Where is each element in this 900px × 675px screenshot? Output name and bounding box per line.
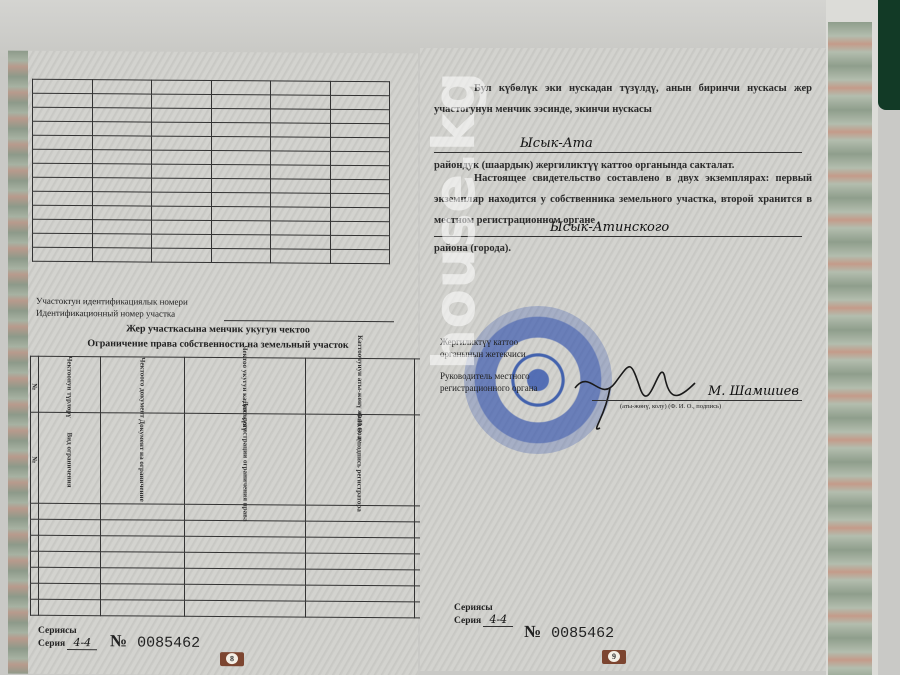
grid-cell	[330, 235, 390, 249]
table-cell	[31, 599, 39, 615]
table-cell	[184, 520, 306, 537]
table-cell	[39, 583, 101, 599]
signer-name: М. Шамшиев	[708, 384, 799, 399]
signatory-label-ru: Руководитель местного регистрационного о…	[440, 370, 570, 394]
watermark: house.kg	[420, 72, 488, 370]
table-cell	[31, 519, 39, 535]
table-cell	[39, 519, 101, 535]
table-cell	[101, 584, 184, 601]
grid-cell	[330, 95, 390, 109]
table-cell	[184, 568, 306, 585]
certificate-number-right: №0085462	[524, 622, 614, 642]
grid-cell	[152, 150, 212, 164]
number-symbol: №	[110, 631, 127, 650]
table-cell	[39, 599, 101, 615]
grid-cell	[92, 136, 152, 150]
grid-cell	[271, 193, 331, 207]
grid-cell	[271, 235, 331, 249]
column-header: Чектоого документ	[101, 357, 184, 414]
grid-cell	[152, 248, 212, 262]
restriction-title-ky: Жер участкасына менчик укугун чектоо	[28, 323, 408, 337]
grid-cell	[33, 233, 93, 247]
table-cell	[184, 552, 306, 569]
grid-cell	[33, 107, 93, 121]
grid-cell	[211, 220, 271, 234]
grid-cell	[152, 122, 212, 136]
grid-cell	[33, 191, 93, 205]
grid-cell	[92, 248, 152, 262]
table-cell	[184, 536, 306, 553]
parcel-id-field	[224, 320, 394, 322]
grid-cell	[152, 94, 212, 108]
grid-cell	[330, 109, 390, 123]
grid-cell	[92, 94, 152, 108]
restriction-title-ru: Ограничение права собственности на земел…	[28, 338, 408, 352]
grid-cell	[211, 122, 271, 136]
grid-cell	[211, 178, 271, 192]
series-label-left: Сериясы Серия 4-4	[38, 625, 97, 650]
grid-cell	[33, 93, 93, 107]
grid-cell	[33, 149, 93, 163]
series-value: 4-4	[483, 613, 513, 627]
grid-cell	[330, 221, 390, 235]
grid-cell	[92, 234, 152, 248]
table-cell	[39, 551, 101, 567]
table-cell	[101, 520, 184, 537]
grid-cell	[33, 205, 93, 219]
district-line-ky	[434, 152, 802, 153]
ornamental-border-right	[828, 22, 872, 675]
signature-line	[592, 400, 802, 401]
grid-cell	[33, 177, 93, 191]
table-cell	[39, 535, 101, 551]
series-label-ru: Серия	[454, 616, 481, 626]
grid-cell	[152, 108, 212, 122]
grid-cell	[152, 220, 212, 234]
grid-cell	[152, 234, 212, 248]
table-cell	[101, 536, 184, 553]
grid-cell	[33, 163, 93, 177]
signature-scribble	[570, 348, 710, 438]
grid-cell	[271, 109, 331, 123]
grid-cell	[271, 165, 331, 179]
grid-cell	[330, 81, 390, 95]
column-header: Документ на ограничение	[101, 413, 184, 505]
table-cell	[39, 503, 101, 519]
grid-cell	[33, 121, 93, 135]
table-cell	[306, 601, 415, 618]
series-label-right: Сериясы Серия 4-4	[454, 602, 513, 627]
grid-cell	[211, 150, 271, 164]
grid-cell	[330, 179, 390, 193]
document-cover-edge	[878, 0, 900, 110]
page-number: 8	[226, 653, 238, 664]
table-cell	[31, 503, 39, 519]
table-cell	[306, 585, 415, 602]
grid-cell	[152, 192, 212, 206]
series-label-ru: Серия	[38, 639, 65, 649]
grid-cell	[271, 137, 331, 151]
grid-cell	[92, 192, 152, 206]
table-cell	[306, 569, 415, 586]
grid-cell	[92, 80, 152, 94]
top-blank-table	[32, 79, 390, 264]
table-cell	[184, 584, 306, 601]
column-header: Дата регистрации ограничения права	[184, 413, 306, 505]
grid-cell	[330, 207, 390, 221]
column-header: Вид ограничения	[39, 412, 101, 503]
left-page: Участоктун идентификациялык номери Идент…	[8, 51, 418, 675]
grid-cell	[92, 150, 152, 164]
grid-cell	[152, 178, 212, 192]
column-header: Каттоочунун аты-жөнү жана колу	[306, 358, 415, 415]
page-number-badge: 8	[220, 652, 244, 666]
column-header: №	[31, 412, 39, 503]
grid-cell	[92, 206, 152, 220]
paragraph-ky: Бул күбөлүк эки нускадан түзүлдү, анын б…	[434, 78, 812, 120]
grid-cell	[92, 178, 152, 192]
grid-cell	[211, 136, 271, 150]
table-cell	[101, 600, 184, 617]
grid-cell	[330, 165, 390, 179]
grid-cell	[211, 80, 271, 94]
table-cell	[184, 600, 306, 617]
grid-cell	[271, 151, 331, 165]
number-symbol: №	[524, 622, 541, 641]
grid-cell	[271, 81, 331, 95]
handwritten-district-ru: Ысык-Атинского	[550, 220, 669, 235]
page-number: 9	[608, 651, 620, 662]
page-number-badge: 9	[602, 650, 626, 664]
grid-cell	[211, 94, 271, 108]
grid-cell	[152, 206, 212, 220]
grid-cell	[271, 123, 331, 137]
grid-cell	[330, 137, 390, 151]
table-cell	[39, 567, 101, 583]
grid-cell	[330, 249, 390, 263]
grid-cell	[271, 95, 331, 109]
table-cell	[31, 551, 39, 567]
grid-cell	[330, 123, 390, 137]
grid-cell	[271, 221, 331, 235]
grid-cell	[92, 220, 152, 234]
grid-cell	[271, 207, 331, 221]
grid-cell	[211, 248, 271, 262]
grid-cell	[92, 164, 152, 178]
table-cell	[31, 583, 39, 599]
grid-cell	[271, 179, 331, 193]
grid-cell	[92, 122, 152, 136]
grid-cell	[152, 136, 212, 150]
column-header: Ф.И.О. и подпись регистратора	[306, 414, 415, 506]
grid-cell	[211, 108, 271, 122]
grid-cell	[330, 193, 390, 207]
table-cell	[306, 537, 415, 554]
table-cell	[31, 567, 39, 583]
number-value: 0085462	[551, 625, 614, 642]
district-line-ru	[434, 236, 802, 237]
grid-cell	[33, 219, 93, 233]
grid-cell	[33, 247, 93, 261]
grid-cell	[152, 80, 212, 94]
table-cell	[306, 553, 415, 570]
handwritten-district-ky: Ысык-Ата	[520, 136, 593, 151]
table-cell	[31, 535, 39, 551]
grid-cell	[92, 108, 152, 122]
table-cell	[101, 568, 184, 585]
grid-cell	[152, 164, 212, 178]
grid-cell	[271, 249, 331, 263]
table-cell	[101, 504, 184, 521]
grid-cell	[211, 206, 271, 220]
grid-cell	[211, 164, 271, 178]
grid-cell	[330, 151, 390, 165]
parcel-id-label-ru: Идентификационный номер участка	[36, 308, 175, 319]
table-cell	[101, 552, 184, 569]
grid-cell	[33, 135, 93, 149]
series-value: 4-4	[67, 636, 97, 650]
certificate-number-left: №0085462	[110, 631, 200, 652]
signature-caption: (аты-жөнү, колу) (Ф. И. О., подпись)	[620, 403, 721, 410]
column-header: №	[31, 356, 39, 412]
table-cell	[306, 521, 415, 538]
ornamental-border	[8, 51, 28, 674]
column-header: Чектоонун түрлөрү	[39, 356, 101, 412]
grid-cell	[211, 234, 271, 248]
paragraph-ru-end: района (города).	[434, 238, 812, 259]
parcel-id-label-ky: Участоктун идентификациялык номери	[36, 296, 188, 307]
grid-cell	[211, 192, 271, 206]
number-value: 0085462	[137, 634, 200, 651]
grid-cell	[33, 79, 93, 93]
